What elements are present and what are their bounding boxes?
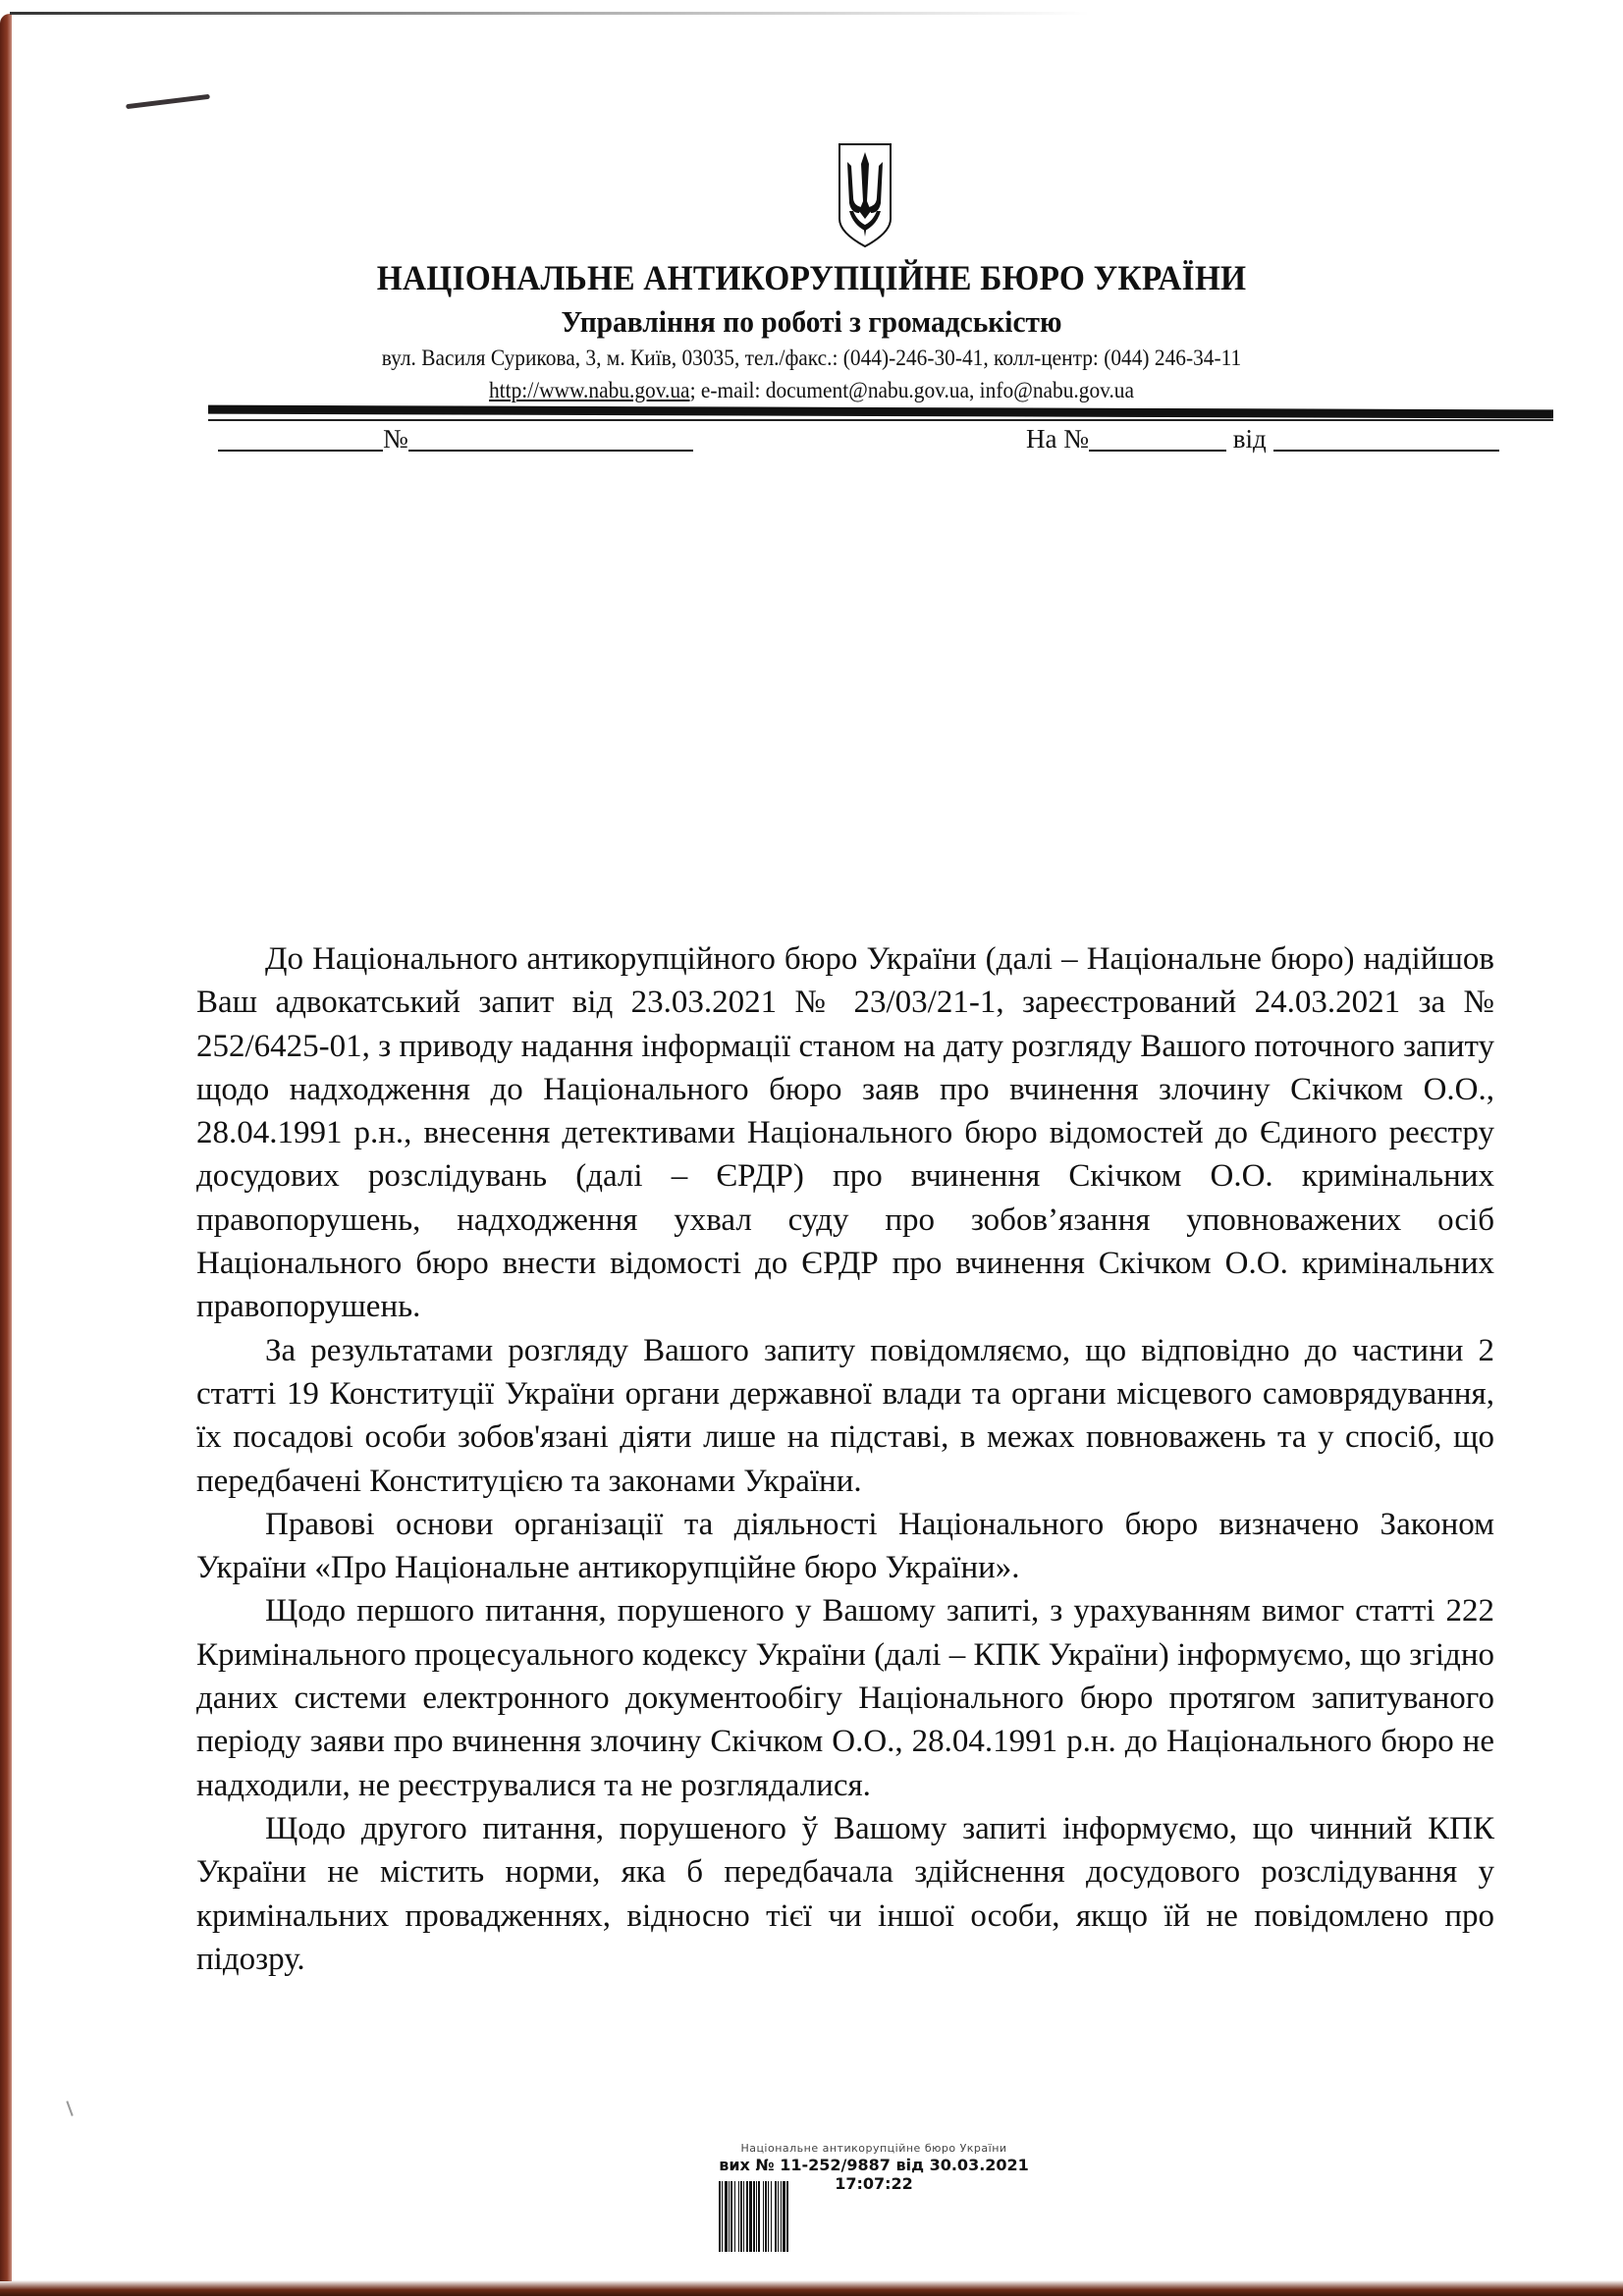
scan-edge-top xyxy=(10,12,1090,15)
incoming-reference: На № від xyxy=(1026,424,1499,454)
barcode-icon xyxy=(719,2181,811,2252)
letterhead-divider-thin xyxy=(208,419,1553,421)
incoming-number-label: На № xyxy=(1026,424,1089,454)
contacts-line: http://www.nabu.gov.ua; e-mail: document… xyxy=(57,378,1566,403)
address-line: вул. Василя Сурикова, 3, м. Київ, 03035,… xyxy=(57,346,1566,371)
paragraph-request-summary: До Національного антикорупційного бюро У… xyxy=(196,937,1494,1329)
department-name: Управління по роботі з громадськістю xyxy=(40,304,1582,340)
email-addresses[interactable]: document@nabu.gov.ua, info@nabu.gov.ua xyxy=(766,378,1134,402)
pen-mark xyxy=(126,94,210,109)
email-label: ; e-mail: xyxy=(690,378,766,402)
stray-mark xyxy=(66,2101,73,2116)
scan-edge-bottom xyxy=(0,2280,1623,2296)
paragraph-constitution: За результатами розгляду Вашого запиту п… xyxy=(196,1329,1494,1503)
paragraph-second-question: Щодо другого питання, порушеного ў Вашом… xyxy=(196,1807,1494,1981)
letterhead-divider-thick xyxy=(208,405,1553,419)
scan-edge-left xyxy=(0,14,12,2281)
paragraph-first-question: Щодо першого питання, порушеного у Вашом… xyxy=(196,1589,1494,1806)
trident-coat-of-arms-icon xyxy=(838,142,893,248)
stamp-organization: Національне антикорупційне бюро України xyxy=(677,2142,1070,2155)
website-link[interactable]: http://www.nabu.gov.ua xyxy=(489,378,690,402)
organization-name: НАЦІОНАЛЬНЕ АНТИКОРУПЦІЙНЕ БЮРО УКРАЇНИ xyxy=(57,257,1566,298)
incoming-date-blank xyxy=(1273,424,1499,452)
outgoing-reference: № xyxy=(218,424,693,454)
incoming-date-label: від xyxy=(1233,424,1267,454)
letter-body: До Національного антикорупційного бюро У… xyxy=(196,937,1494,1981)
outgoing-number-blank xyxy=(408,424,693,452)
outgoing-number-label: № xyxy=(383,424,408,454)
incoming-number-blank xyxy=(1089,424,1226,452)
outgoing-date-blank xyxy=(218,424,383,452)
paragraph-legal-basis: Правові основи організації та діяльності… xyxy=(196,1503,1494,1590)
